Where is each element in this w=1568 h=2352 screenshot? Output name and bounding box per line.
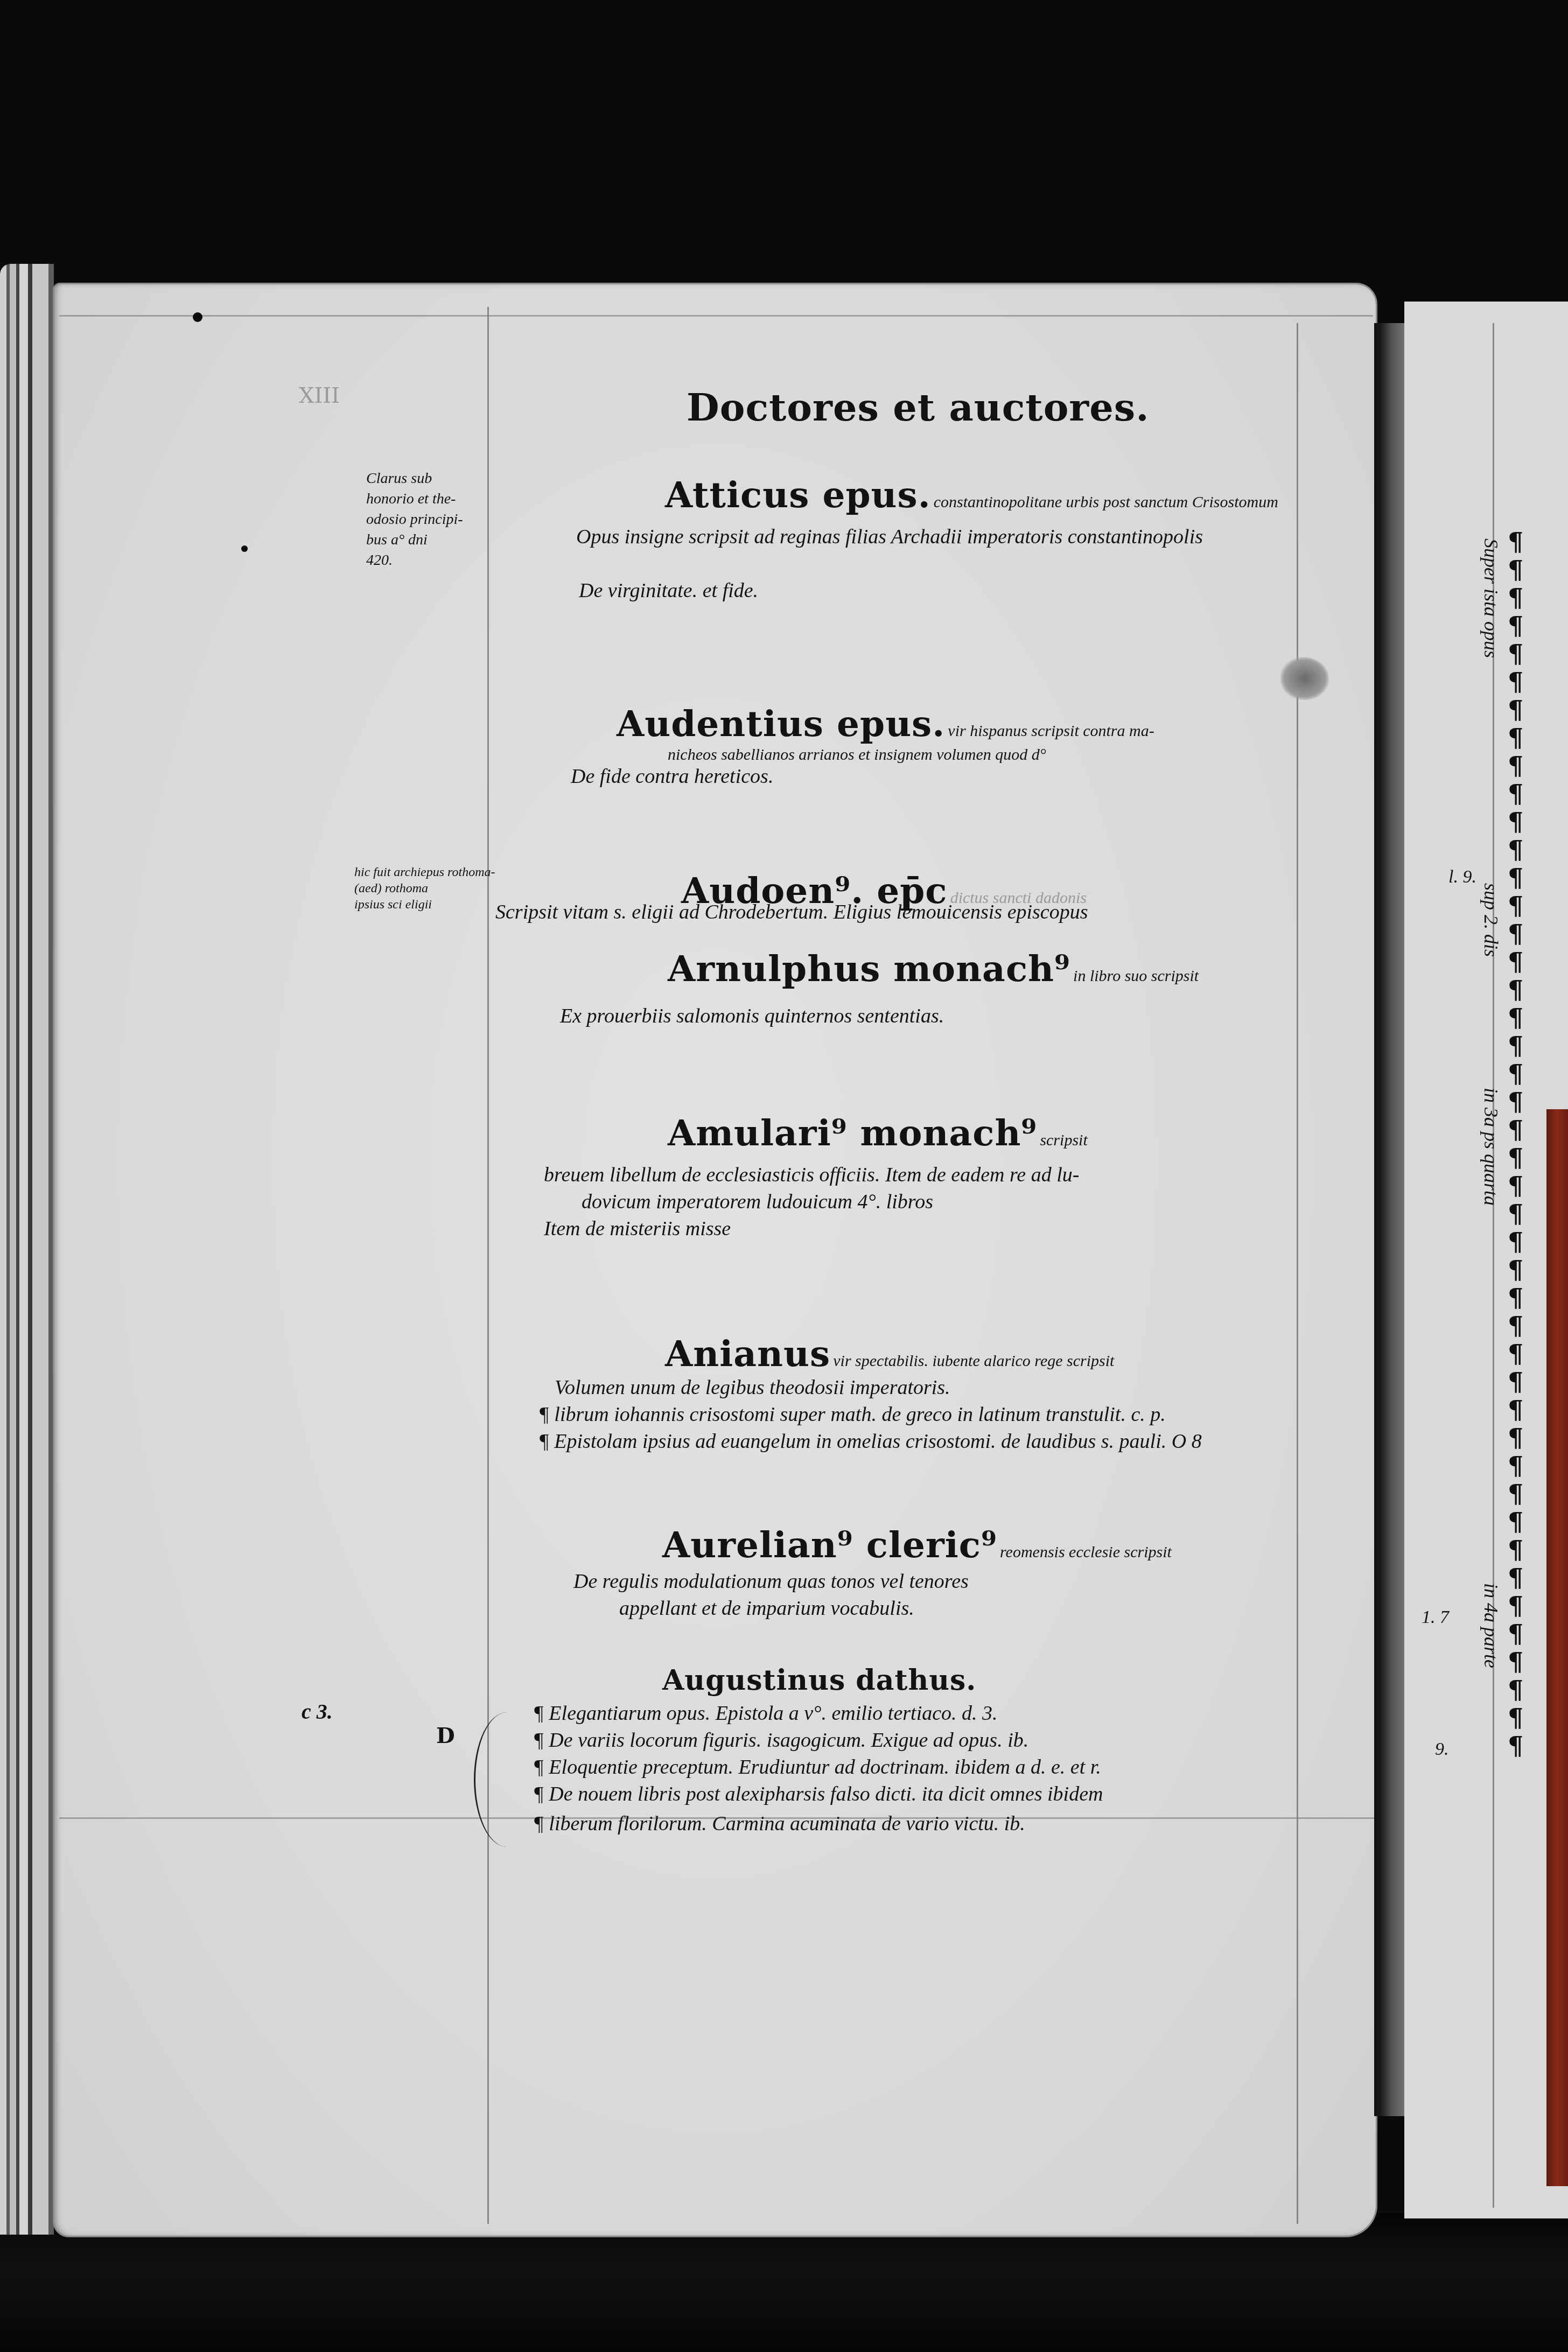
- entry-heading-row: Aurelian⁹ cleric⁹ reomensis ecclesie scr…: [662, 1524, 1172, 1566]
- entry-heading-gloss: scripsit: [1040, 1131, 1087, 1149]
- paragraph-mark-icon: ¶: [1508, 1480, 1551, 1508]
- entry-line: Ex prouerbiis salomonis quinternos sente…: [560, 1004, 944, 1028]
- entry-heading: Arnulphus monach⁹: [668, 948, 1070, 990]
- left-margin-rule: [487, 307, 489, 2224]
- facing-vertical-note: 9.: [1435, 1739, 1449, 1760]
- paragraph-mark-icon: ¶: [1508, 1116, 1551, 1144]
- entry-heading-row: Arnulphus monach⁹ in libro suo scripsit: [668, 948, 1199, 990]
- paragraph-mark-icon: ¶: [1508, 556, 1551, 584]
- paragraph-mark-icon: ¶: [1508, 1536, 1551, 1564]
- paragraph-mark-icon: ¶: [1508, 1508, 1551, 1536]
- entry-line: De fide contra hereticos.: [571, 765, 773, 788]
- entry-heading-row: Atticus epus. constantinopolitane urbis …: [665, 474, 1278, 516]
- paragraph-mark-icon: ¶: [1508, 920, 1551, 948]
- paragraph-mark-icon: ¶: [1508, 1396, 1551, 1424]
- entry-heading: Augustinus dathus.: [662, 1664, 976, 1697]
- paragraph-mark-icon: ¶: [1508, 1732, 1551, 1760]
- paragraph-mark-icon: ¶: [1508, 1340, 1551, 1368]
- paragraph-mark-icon: ¶: [1508, 1144, 1551, 1172]
- paragraph-mark-icon: ¶: [1508, 892, 1551, 920]
- paragraph-mark-icon: ¶: [1508, 1620, 1551, 1648]
- entry-line: ¶ De nouem libris post alexipharsis fals…: [533, 1782, 1103, 1806]
- paragraph-mark-icon: ¶: [1508, 1564, 1551, 1592]
- entry-line: nicheos sabellianos arrianos et insignem…: [668, 746, 1046, 764]
- paragraph-mark-icon: ¶: [1508, 612, 1551, 640]
- facing-vertical-note: in 3a ps quarta: [1480, 1088, 1502, 1206]
- paragraph-mark-icon: ¶: [1508, 1424, 1551, 1452]
- entry-line: ¶ Elegantiarum opus. Epistola a v°. emil…: [533, 1702, 998, 1725]
- entry-line: breuem libellum de ecclesiasticis offici…: [544, 1163, 1079, 1187]
- entry-heading-gloss: reomensis ecclesie scripsit: [1000, 1543, 1172, 1561]
- entry-line: ¶ Epistolam ipsius ad euangelum in omeli…: [538, 1430, 1202, 1453]
- book-gutter-shadow: [1374, 323, 1406, 2116]
- faint-folio-number: XIII: [299, 383, 340, 408]
- entry-heading: Atticus epus.: [665, 474, 931, 516]
- page-title: Doctores et auctores.: [687, 385, 1150, 430]
- entry-heading-row: Audentius epus. vir hispanus scripsit co…: [617, 703, 1154, 745]
- entry-line: Scripsit vitam s. eligii ad Chrodebertum…: [495, 900, 1088, 924]
- entry-line: Opus insigne scripsit ad reginas filias …: [576, 525, 1203, 549]
- entry-heading: Amulari⁹ monach⁹: [668, 1112, 1037, 1154]
- entry-line: appellant et de imparium vocabulis.: [619, 1597, 914, 1620]
- entry-heading-gloss: in libro suo scripsit: [1073, 967, 1199, 985]
- facing-vertical-note: in 4a parte: [1480, 1583, 1502, 1668]
- paragraph-mark-icon: ¶: [1508, 1060, 1551, 1088]
- entry-line: ¶ liberum florilorum. Carmina acuminata …: [533, 1812, 1025, 1836]
- paragraph-mark-icon: ¶: [1508, 1200, 1551, 1228]
- ink-dot: [241, 545, 248, 552]
- paragraph-mark-icon: ¶: [1508, 1032, 1551, 1060]
- margin-note: Clarus sub honorio et the- odosio princi…: [366, 468, 463, 571]
- facing-vertical-note: sup 2. dis: [1480, 883, 1502, 957]
- entry-line: ¶ librum iohannis crisostomi super math.…: [538, 1403, 1166, 1426]
- paragraph-mark-icon: ¶: [1508, 864, 1551, 892]
- margin-note: c 3.: [302, 1702, 333, 1722]
- entry-heading-gloss: vir hispanus scripsit contra ma-: [948, 722, 1154, 740]
- bracket-mark: D: [436, 1723, 456, 1748]
- entry-heading-row: Anianus vir spectabilis. iubente alarico…: [665, 1333, 1114, 1375]
- facing-vertical-note: 1. 7: [1422, 1607, 1449, 1628]
- paragraph-mark-icon: ¶: [1508, 1284, 1551, 1312]
- paragraph-mark-icon: ¶: [1508, 948, 1551, 976]
- paragraph-mark-icon: ¶: [1508, 1088, 1551, 1116]
- entry-line: ¶ De variis locorum figuris. isagogicum.…: [533, 1728, 1028, 1752]
- paragraph-mark-icon: ¶: [1508, 836, 1551, 864]
- entry-heading-gloss: vir spectabilis. iubente alarico rege sc…: [833, 1352, 1114, 1370]
- paragraph-mark-icon: ¶: [1508, 1004, 1551, 1032]
- paragraph-mark-icon: ¶: [1508, 1312, 1551, 1340]
- entry-line: Item de misteriis misse: [544, 1217, 731, 1241]
- paragraph-mark-icon: ¶: [1508, 584, 1551, 612]
- entry-heading-row: Amulari⁹ monach⁹ scripsit: [668, 1112, 1088, 1154]
- paragraph-mark-icon: ¶: [1508, 808, 1551, 836]
- paragraph-mark-icon: ¶: [1508, 668, 1551, 696]
- entry-line: De regulis modulationum quas tonos vel t…: [573, 1570, 969, 1593]
- ink-dot: [193, 312, 202, 322]
- paragraph-mark-icon: ¶: [1508, 724, 1551, 752]
- facing-vertical-note: l. 9.: [1448, 867, 1476, 887]
- entry-line: Volumen unum de legibus theodosii impera…: [555, 1376, 950, 1399]
- bracket-line: [474, 1712, 540, 1847]
- entry-line: ¶ Eloquentie preceptum. Erudiuntur ad do…: [533, 1755, 1101, 1779]
- paragraph-mark-icon: ¶: [1508, 1228, 1551, 1256]
- paragraph-mark-icon: ¶: [1508, 1172, 1551, 1200]
- page-stain: [1280, 657, 1329, 700]
- entry-heading-gloss: constantinopolitane urbis post sanctum C…: [934, 493, 1278, 511]
- paragraph-mark-icon: ¶: [1508, 780, 1551, 808]
- manuscript-page: [53, 283, 1377, 2237]
- paragraph-mark-icon: ¶: [1508, 640, 1551, 668]
- paragraph-mark-icon: ¶: [1508, 1648, 1551, 1676]
- facing-vertical-note: Super ista opus: [1480, 538, 1502, 658]
- margin-note: hic fuit archiepus rothoma- (aed) rothom…: [354, 864, 495, 913]
- entry-heading: Audentius epus.: [617, 703, 945, 745]
- paragraph-mark-icon: ¶: [1508, 1256, 1551, 1284]
- paragraph-mark-icon: ¶: [1508, 1368, 1551, 1396]
- paragraph-mark-icon: ¶: [1508, 1592, 1551, 1620]
- entry-line: De virginitate. et fide.: [579, 579, 758, 603]
- entry-heading: Aurelian⁹ cleric⁹: [662, 1524, 997, 1566]
- right-margin-rule: [1297, 323, 1298, 2224]
- page-edges-stack: [0, 264, 54, 2235]
- facing-paragraph-marks: ¶¶¶¶¶¶¶¶¶¶¶¶¶¶¶¶¶¶¶¶¶¶¶¶¶¶¶¶¶¶¶¶¶¶¶¶¶¶¶¶…: [1508, 528, 1551, 1760]
- top-rule: [59, 315, 1373, 317]
- entry-line: dovicum imperatorem ludouicum 4°. libros: [582, 1190, 933, 1214]
- paragraph-mark-icon: ¶: [1508, 1676, 1551, 1704]
- paragraph-mark-icon: ¶: [1508, 696, 1551, 724]
- paragraph-mark-icon: ¶: [1508, 528, 1551, 556]
- paragraph-mark-icon: ¶: [1508, 1452, 1551, 1480]
- entry-heading: Anianus: [665, 1333, 830, 1375]
- paragraph-mark-icon: ¶: [1508, 1704, 1551, 1732]
- paragraph-mark-icon: ¶: [1508, 976, 1551, 1004]
- paragraph-mark-icon: ¶: [1508, 752, 1551, 780]
